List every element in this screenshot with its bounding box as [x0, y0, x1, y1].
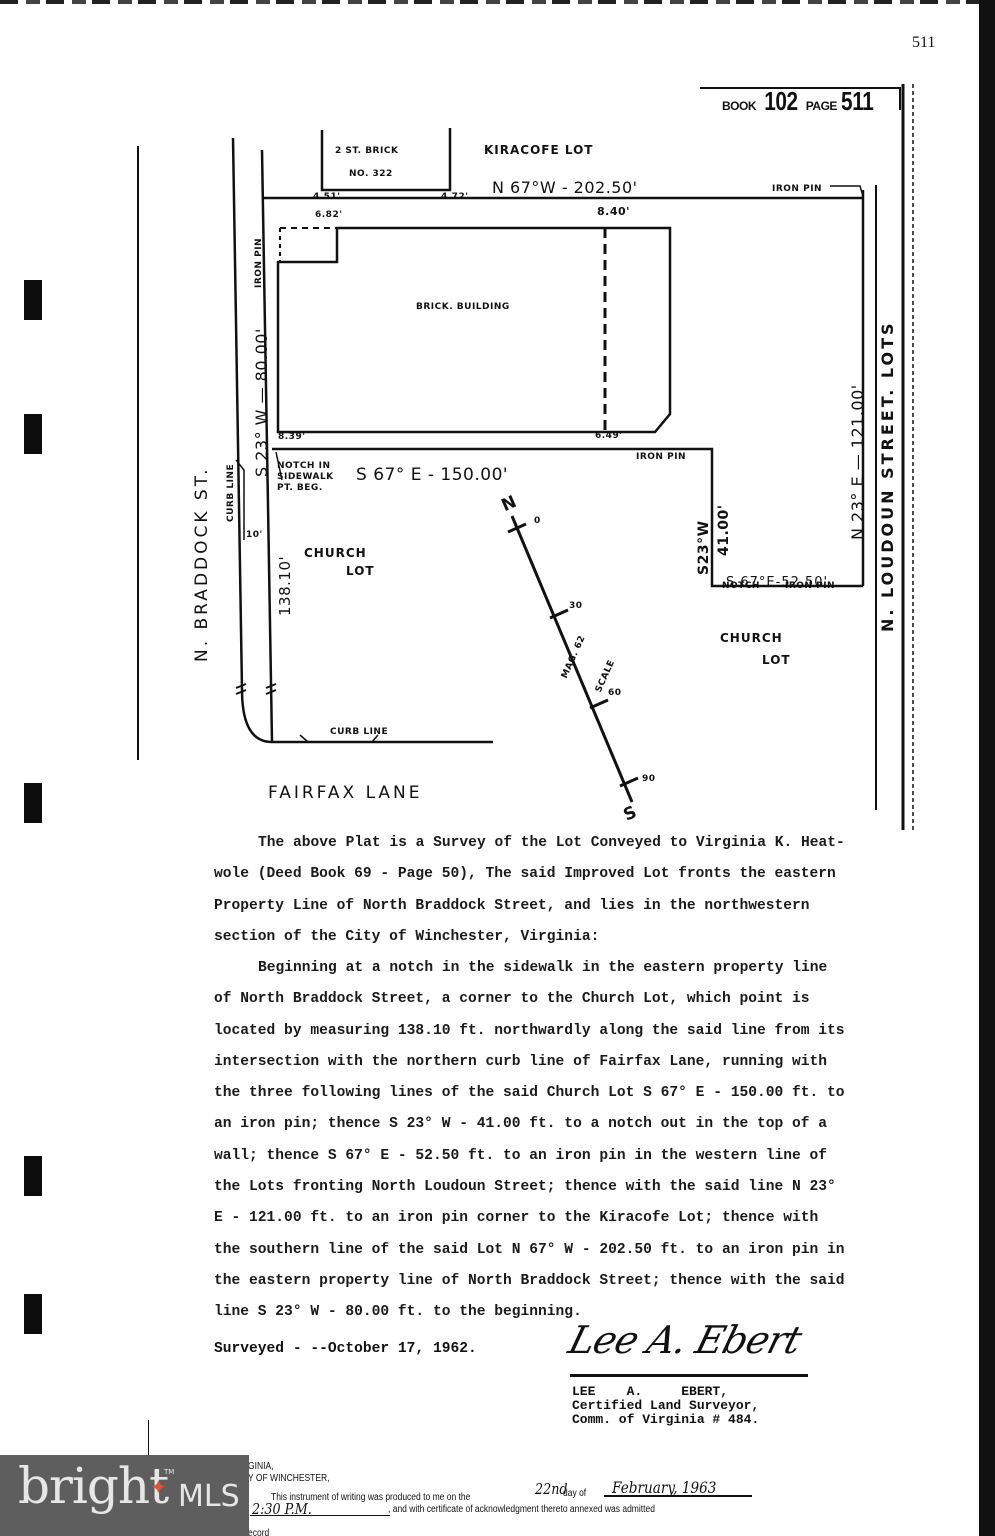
- description-paragraph-1: The above Plat is a Survey of the Lot Co…: [214, 828, 874, 953]
- notch-start-line: SIDEWALK: [277, 472, 334, 483]
- church-lot-east-line1: CHURCH: [720, 631, 783, 645]
- text-line: Property Line of North Braddock Street, …: [214, 891, 874, 922]
- curb-line-south-label: CURB LINE: [330, 727, 388, 737]
- description-paragraph-2: Beginning at a notch in the sidewalk in …: [214, 953, 874, 1329]
- brand-suffix: MLS: [178, 1479, 240, 1514]
- signature-line: [570, 1374, 808, 1377]
- iron-pin-label: IRON PIN: [254, 238, 264, 288]
- notch-start-label: NOTCH IN SIDEWALK PT. BEG.: [277, 461, 334, 494]
- text-line: an iron pin; thence S 23° W - 41.00 ft. …: [214, 1109, 874, 1140]
- text-line: the Lots fronting North Loudoun Street; …: [214, 1172, 874, 1203]
- brand-star-icon: ✦: [150, 1475, 167, 1499]
- text-line: wall; thence S 67° E - 52.50 ft. to an i…: [214, 1141, 874, 1172]
- text-line: the southern line of the said Lot N 67° …: [214, 1235, 874, 1266]
- offset-label: 8.40': [597, 205, 630, 218]
- record-record-text: ecord: [248, 1528, 269, 1536]
- east-line-bearing: N 23° E — 121.00': [848, 384, 867, 540]
- text-line: E - 121.00 ft. to an iron pin corner to …: [214, 1203, 874, 1234]
- record-state: GINIA,: [248, 1461, 274, 1472]
- fairfax-lane-label: FAIRFAX LANE: [268, 783, 423, 803]
- building-label: BRICK. BUILDING: [416, 302, 510, 312]
- punch-hole-mark: [24, 1156, 42, 1196]
- jog-distance-label: 41.00': [716, 504, 732, 556]
- text-line: Beginning at a notch in the sidewalk in …: [214, 953, 874, 984]
- church-lot-east-line2: LOT: [762, 653, 791, 667]
- iron-pin-label: IRON PIN: [785, 581, 835, 591]
- west-line-bearing: S 23° W — 80.00': [252, 328, 271, 477]
- iron-pin-label: IRON PIN: [636, 452, 686, 462]
- kiracofe-lot-label: KIRACOFE LOT: [484, 143, 593, 157]
- text-line: wole (Deed Book 69 - Page 50), The said …: [214, 859, 874, 890]
- record-ack-text: , and with certificate of acknowledgment…: [388, 1504, 655, 1515]
- scale-tick-label: 30: [569, 601, 583, 611]
- surveyor-title: Certified Land Surveyor,: [572, 1399, 759, 1413]
- tie-distance-label: 138.10': [276, 556, 294, 616]
- offset-label: 4.72': [441, 192, 468, 202]
- scale-tick-label: 90: [642, 774, 656, 784]
- time-underline: [250, 1515, 390, 1516]
- south-line-bearing: S 67° E - 150.00': [356, 465, 508, 485]
- text-line: the three following lines of the said Ch…: [214, 1078, 874, 1109]
- text-line: of North Braddock Street, a corner to th…: [214, 984, 874, 1015]
- church-lot-west-line1: CHURCH: [304, 546, 367, 560]
- scale-tick-label: 60: [608, 688, 622, 698]
- offset-label: 6.82': [315, 210, 342, 220]
- surveyor-signature: Lee A. Ebert: [564, 1318, 806, 1362]
- trademark-label: TM: [164, 1468, 174, 1476]
- record-city: Y OF WINCHESTER,: [248, 1473, 330, 1484]
- scale-tick-label: 0: [534, 516, 541, 526]
- church-lot-west-line2: LOT: [346, 564, 375, 578]
- neighbor-brick-line1: 2 ST. BRICK: [335, 146, 398, 156]
- notch-start-line: NOTCH IN: [277, 461, 334, 472]
- offset-label: 6.49': [595, 431, 622, 441]
- curb-line-west-label: CURB LINE: [226, 464, 236, 522]
- iron-pin-label: IRON PIN: [772, 184, 822, 194]
- loudoun-lots-label: N. LOUDOUN STREET. LOTS: [878, 320, 897, 632]
- surveyor-name: LEE A. EBERT,: [572, 1385, 759, 1399]
- offset-label: 8.39': [278, 432, 305, 442]
- date-underline: [604, 1495, 752, 1497]
- surveyor-credentials: LEE A. EBERT,Certified Land Surveyor,Com…: [572, 1385, 759, 1427]
- surveyed-date: Surveyed - --October 17, 1962.: [214, 1341, 477, 1357]
- surveyor-license: Comm. of Virginia # 484.: [572, 1413, 759, 1427]
- scan-right-edge: [979, 0, 995, 1536]
- offset-label: 4.51': [313, 192, 340, 202]
- text-line: The above Plat is a Survey of the Lot Co…: [214, 828, 874, 859]
- north-line-bearing: N 67°W - 202.50': [492, 178, 638, 197]
- notch-label: NOTCH: [722, 581, 760, 591]
- record-day-of: day of: [563, 1488, 586, 1499]
- brand-wordmark: bright: [18, 1457, 168, 1515]
- neighbor-brick-line2: NO. 322: [349, 169, 393, 179]
- plat-drawing: [0, 0, 979, 830]
- text-line: section of the City of Winchester, Virgi…: [214, 922, 874, 953]
- punch-hole-mark: [24, 1294, 42, 1334]
- bright-mls-watermark: bright ✦ TM MLS: [0, 1455, 249, 1536]
- notch-start-line: PT. BEG.: [277, 483, 334, 494]
- jog-bearing-label: S23°W: [696, 520, 712, 575]
- text-line: intersection with the northern curb line…: [214, 1047, 874, 1078]
- braddock-street-label: N. BRADDOCK ST.: [192, 467, 212, 663]
- text-line: located by measuring 138.10 ft. northwar…: [214, 1016, 874, 1047]
- curb-offset-label: 10': [246, 530, 263, 540]
- text-line: the eastern property line of North Bradd…: [214, 1266, 874, 1297]
